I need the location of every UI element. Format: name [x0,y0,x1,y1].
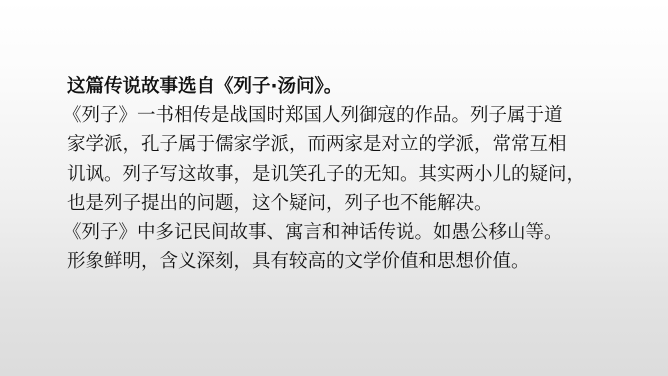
paragraph-liezi-author: 《列子》一书相传是战国时郑国人列御寇的作品。列子属于道 家学派，孔子属于儒家学派… [67,101,647,218]
text-block: 这篇传说故事选自《列子·汤问》。 《列子》一书相传是战国时郑国人列御寇的作品。列… [67,72,647,276]
slide: 这篇传说故事选自《列子·汤问》。 《列子》一书相传是战国时郑国人列御寇的作品。列… [0,0,668,376]
text-line: 形象鲜明，含义深刻，具有较高的文学价值和思想价值。 [67,247,647,276]
text-line: 也是列子提出的问题，这个疑问，列子也不能解决。 [67,189,647,218]
text-line: 家学派，孔子属于儒家学派，而两家是对立的学派，常常互相 [67,130,647,159]
slide-title: 这篇传说故事选自《列子·汤问》。 [67,72,647,101]
paragraph-liezi-content: 《列子》中多记民间故事、寓言和神话传说。如愚公移山等。 形象鲜明，含义深刻，具有… [67,218,647,276]
text-line: 讥讽。列子写这故事，是讥笑孔子的无知。其实两小儿的疑问， [67,160,647,189]
text-line: 《列子》中多记民间故事、寓言和神话传说。如愚公移山等。 [63,218,647,247]
text-line: 《列子》一书相传是战国时郑国人列御寇的作品。列子属于道 [63,101,647,130]
